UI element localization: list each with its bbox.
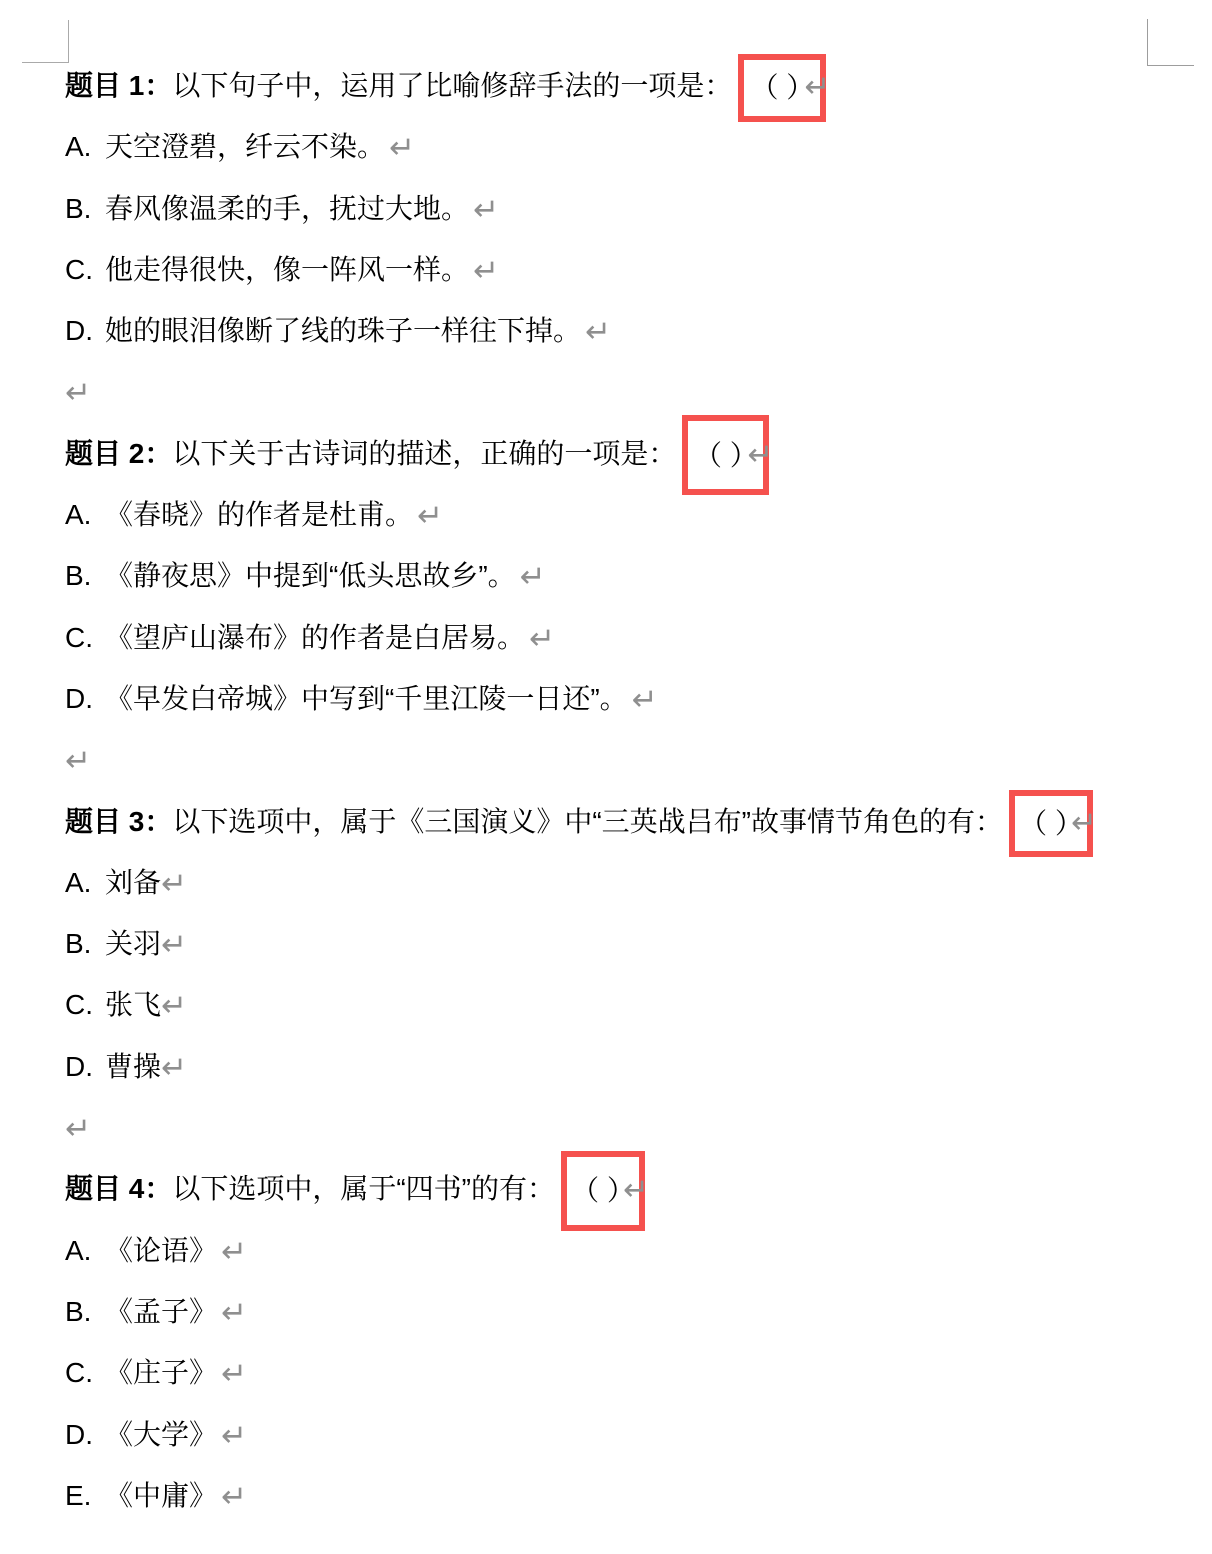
paragraph-return-mark: ↵ xyxy=(161,866,187,901)
option-letter: C. xyxy=(65,239,105,300)
question-2-option-d: D.《早发白帝城》中写到“千里江陵一日还”。↵ xyxy=(65,668,1212,729)
option-letter: D. xyxy=(65,1404,105,1465)
option-text: 《庄子》 xyxy=(105,1357,217,1388)
option-text: 《春晓》的作者是杜甫。 xyxy=(105,499,413,530)
option-text: 曹操 xyxy=(105,1051,161,1082)
option-letter: B. xyxy=(65,1281,105,1342)
question-4-option-e: E.《中庸》↵ xyxy=(65,1465,1212,1526)
question-3-option-d: D.曹操↵ xyxy=(65,1036,1212,1097)
option-text: 《论语》 xyxy=(105,1235,217,1266)
question-3-label: 题目 3： xyxy=(65,806,172,837)
option-letter: A. xyxy=(65,116,105,177)
option-text: 《中庸》 xyxy=(105,1480,217,1511)
option-text: 《大学》 xyxy=(105,1419,217,1450)
question-3-title: 题目 3：以下选项中，属于《三国演义》中“三英战吕布”故事情节角色的有：（ ）↵ xyxy=(65,791,1212,852)
paragraph-return-mark: ↵ xyxy=(221,1479,247,1514)
option-text: 刘备 xyxy=(105,867,161,898)
option-letter: D. xyxy=(65,668,105,729)
option-letter: B. xyxy=(65,178,105,239)
paragraph-return-mark: ↵ xyxy=(804,69,830,104)
option-text: 春风像温柔的手，抚过大地。 xyxy=(105,193,469,224)
option-letter: A. xyxy=(65,1220,105,1281)
option-text: 《早发白帝城》中写到“千里江陵一日还”。 xyxy=(105,683,628,714)
paragraph-return-mark: ↵ xyxy=(1071,805,1097,840)
paragraph-return-mark: ↵ xyxy=(417,498,443,533)
option-text: 关羽 xyxy=(105,928,161,959)
document-body: 题目 1：以下句子中，运用了比喻修辞手法的一项是：（ ）↵ A.天空澄碧，纤云不… xyxy=(65,55,1212,1526)
option-text: 张飞 xyxy=(105,989,161,1020)
question-1-option-a: A.天空澄碧，纤云不染。↵ xyxy=(65,116,1212,177)
paragraph-return-mark: ↵ xyxy=(747,437,773,472)
option-text: 《望庐山瀑布》的作者是白居易。 xyxy=(105,622,525,653)
question-4-label: 题目 4： xyxy=(65,1173,172,1204)
empty-paragraph: ↵ xyxy=(65,1097,1212,1158)
option-text: 《静夜思》中提到“低头思故乡”。 xyxy=(105,560,516,591)
paragraph-return-mark: ↵ xyxy=(473,192,499,227)
option-letter: C. xyxy=(65,1342,105,1403)
option-letter: B. xyxy=(65,913,105,974)
option-letter: A. xyxy=(65,852,105,913)
option-text: 她的眼泪像断了线的珠子一样往下掉。 xyxy=(105,315,581,346)
paragraph-return-mark: ↵ xyxy=(221,1234,247,1269)
paragraph-return-mark: ↵ xyxy=(161,1050,187,1085)
empty-paragraph: ↵ xyxy=(65,361,1212,422)
question-1-option-b: B.春风像温柔的手，抚过大地。↵ xyxy=(65,178,1212,239)
empty-paragraph: ↵ xyxy=(65,729,1212,790)
option-letter: D. xyxy=(65,1036,105,1097)
option-letter: D. xyxy=(65,300,105,361)
question-4-option-b: B.《孟子》↵ xyxy=(65,1281,1212,1342)
document-page: 题目 1：以下句子中，运用了比喻修辞手法的一项是：（ ）↵ A.天空澄碧，纤云不… xyxy=(0,0,1212,1554)
question-2-title: 题目 2：以下关于古诗词的描述，正确的一项是：（ ）↵ xyxy=(65,423,1212,484)
paragraph-return-mark: ↵ xyxy=(585,314,611,349)
paragraph-return-mark: ↵ xyxy=(389,130,415,165)
paragraph-return-mark: ↵ xyxy=(161,988,187,1023)
paragraph-return-mark: ↵ xyxy=(473,253,499,288)
paragraph-return-mark: ↵ xyxy=(221,1418,247,1453)
paragraph-return-mark: ↵ xyxy=(221,1356,247,1391)
question-1-stem: 以下句子中，运用了比喻修辞手法的一项是： xyxy=(172,70,732,101)
paragraph-return-mark: ↵ xyxy=(623,1172,649,1207)
paragraph-return-mark: ↵ xyxy=(65,1111,91,1146)
paragraph-return-mark: ↵ xyxy=(65,375,91,410)
option-letter: C. xyxy=(65,974,105,1035)
question-3-stem: 以下选项中，属于《三国演义》中“三英战吕布”故事情节角色的有： xyxy=(172,806,1003,837)
option-letter: E. xyxy=(65,1465,105,1526)
option-text: 天空澄碧，纤云不染。 xyxy=(105,131,385,162)
question-3-option-a: A.刘备↵ xyxy=(65,852,1212,913)
paragraph-return-mark: ↵ xyxy=(65,743,91,778)
paragraph-return-mark: ↵ xyxy=(221,1295,247,1330)
question-2-label: 题目 2： xyxy=(65,438,172,469)
paragraph-return-mark: ↵ xyxy=(529,621,555,656)
option-letter: B. xyxy=(65,545,105,606)
question-2-option-c: C.《望庐山瀑布》的作者是白居易。↵ xyxy=(65,607,1212,668)
question-2-option-a: A.《春晓》的作者是杜甫。↵ xyxy=(65,484,1212,545)
paragraph-return-mark: ↵ xyxy=(520,559,546,594)
margin-corner-mark-left xyxy=(22,20,69,63)
question-4-stem: 以下选项中，属于“四书”的有： xyxy=(172,1173,555,1204)
question-4-option-c: C.《庄子》↵ xyxy=(65,1342,1212,1403)
question-2-stem: 以下关于古诗词的描述，正确的一项是： xyxy=(172,438,676,469)
option-text: 《孟子》 xyxy=(105,1296,217,1327)
question-1-option-c: C.他走得很快，像一阵风一样。↵ xyxy=(65,239,1212,300)
option-text: 他走得很快，像一阵风一样。 xyxy=(105,254,469,285)
question-4-option-d: D.《大学》↵ xyxy=(65,1404,1212,1465)
question-4-title: 题目 4：以下选项中，属于“四书”的有：（ ）↵ xyxy=(65,1158,1212,1219)
question-1-label: 题目 1： xyxy=(65,70,172,101)
question-1-title: 题目 1：以下句子中，运用了比喻修辞手法的一项是：（ ）↵ xyxy=(65,55,1212,116)
paragraph-return-mark: ↵ xyxy=(632,682,658,717)
question-3-option-c: C.张飞↵ xyxy=(65,974,1212,1035)
option-letter: C. xyxy=(65,607,105,668)
question-3-option-b: B.关羽↵ xyxy=(65,913,1212,974)
question-1-option-d: D.她的眼泪像断了线的珠子一样往下掉。↵ xyxy=(65,300,1212,361)
question-2-option-b: B.《静夜思》中提到“低头思故乡”。↵ xyxy=(65,545,1212,606)
option-letter: A. xyxy=(65,484,105,545)
paragraph-return-mark: ↵ xyxy=(161,927,187,962)
